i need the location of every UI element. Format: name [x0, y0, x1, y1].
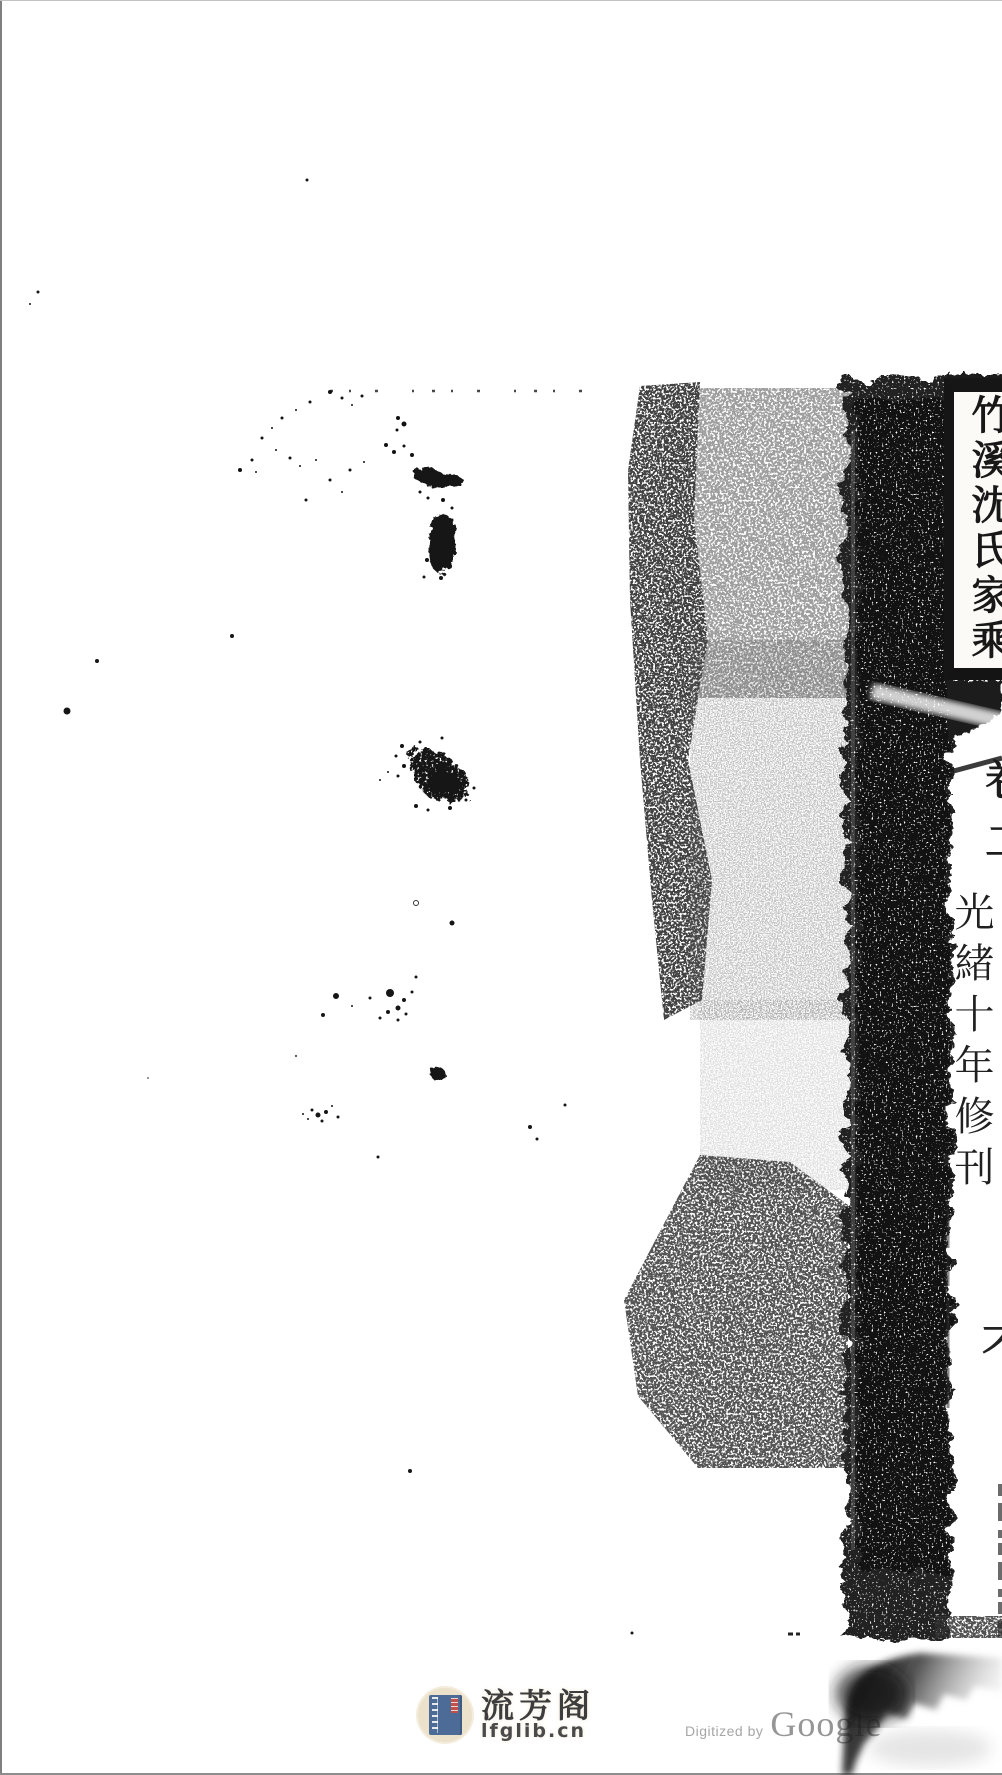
ink-blob-splatter: [379, 737, 476, 812]
watermark: 流芳阁 lfglib.cn: [418, 1688, 595, 1742]
google-logo-text: Google: [770, 1703, 882, 1745]
ink-dashed-line: [316, 381, 692, 391]
watermark-badge: [418, 1688, 472, 1742]
scan-noise-art: [0, 0, 1002, 1775]
watermark-domain: lfglib.cn: [481, 1722, 595, 1742]
volume-label: 卷二: [980, 756, 1002, 880]
scanned-page: 竹溪沈氏家乘 卷二 光緒十年修刊 不 流芳阁 lfglib.cn Digitiz…: [0, 0, 1002, 1775]
edition-label: 光緒十年修刊: [951, 891, 991, 1197]
book-title-vertical: 竹溪沈氏家乘: [968, 394, 1002, 664]
credit-prefix: Digitized by: [685, 1723, 763, 1739]
book-stitch-edge: [432, 1697, 438, 1733]
partial-character: 不: [979, 1322, 1002, 1368]
digitized-credit: Digitized by Google: [685, 1703, 882, 1745]
thread-bound-book-icon: [429, 1695, 462, 1735]
ink-blob-vertical: [423, 515, 456, 580]
book-title-label: [451, 1698, 458, 1713]
watermark-site-name: 流芳阁: [481, 1689, 595, 1722]
ink-speck-cluster-upper: [238, 390, 463, 510]
ink-wavy-smudge: [412, 468, 463, 488]
ink-dust-specks: [29, 179, 634, 1635]
